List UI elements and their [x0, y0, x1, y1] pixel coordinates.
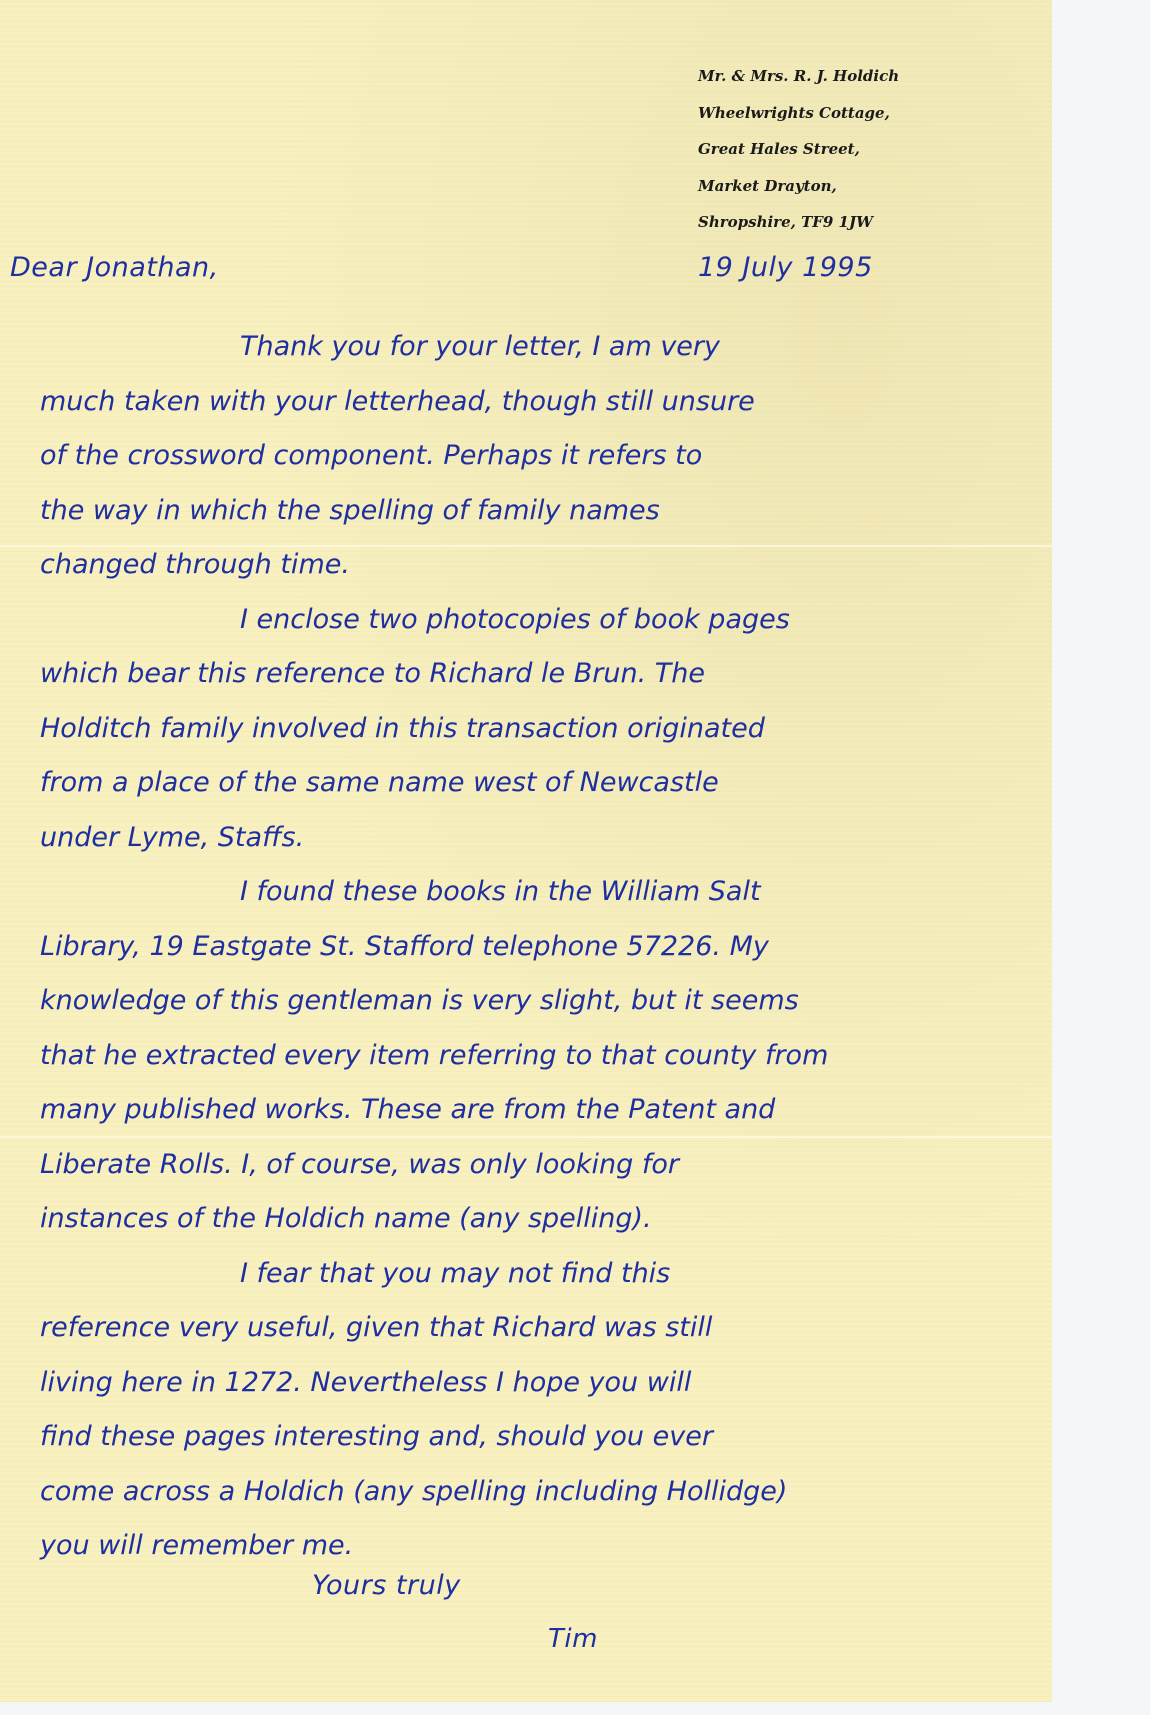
body-line: Thank you for your letter, I am very [40, 320, 828, 375]
body-line: I fear that you may not find this [40, 1247, 828, 1302]
letterhead-line: Wheelwrights Cottage, [698, 95, 899, 132]
letterhead-line: Market Drayton, [698, 168, 899, 205]
body-line: under Lyme, Staffs. [40, 811, 828, 866]
body-line: the way in which the spelling of family … [40, 484, 828, 539]
body-line: find these pages interesting and, should… [40, 1410, 828, 1465]
body-line: much taken with your letterhead, though … [40, 375, 828, 430]
body-line: come across a Holdich (any spelling incl… [40, 1465, 828, 1520]
body-line: you will remember me. [40, 1519, 828, 1574]
letter-paper: Mr. & Mrs. R. J. Holdich Wheelwrights Co… [0, 0, 1052, 1702]
letterhead-line: Shropshire, TF9 1JW [698, 204, 899, 241]
body-line: from a place of the same name west of Ne… [40, 756, 828, 811]
body-line: Holditch family involved in this transac… [40, 702, 828, 757]
body-line: which bear this reference to Richard le … [40, 647, 828, 702]
body-line: of the crossword component. Perhaps it r… [40, 429, 828, 484]
letter-body: Thank you for your letter, I am very muc… [40, 320, 828, 1574]
body-line: that he extracted every item referring t… [40, 1029, 828, 1084]
body-line: living here in 1272. Nevertheless I hope… [40, 1356, 828, 1411]
letterhead-address: Mr. & Mrs. R. J. Holdich Wheelwrights Co… [698, 58, 899, 241]
body-line: knowledge of this gentleman is very slig… [40, 974, 828, 1029]
salutation: Dear Jonathan, [10, 252, 219, 283]
letter-date: 19 July 1995 [698, 252, 873, 283]
closing: Yours truly [312, 1570, 461, 1601]
body-line: I found these books in the William Salt [40, 865, 828, 920]
body-line: Liberate Rolls. I, of course, was only l… [40, 1138, 828, 1193]
body-line: changed through time. [40, 538, 828, 593]
body-line: I enclose two photocopies of book pages [40, 593, 828, 648]
body-line: many published works. These are from the… [40, 1083, 828, 1138]
body-line: instances of the Holdich name (any spell… [40, 1192, 828, 1247]
body-line: reference very useful, given that Richar… [40, 1301, 828, 1356]
signature: Tim [548, 1624, 598, 1654]
letterhead-line: Great Hales Street, [698, 131, 899, 168]
letterhead-line: Mr. & Mrs. R. J. Holdich [698, 58, 899, 95]
body-line: Library, 19 Eastgate St. Stafford teleph… [40, 920, 828, 975]
